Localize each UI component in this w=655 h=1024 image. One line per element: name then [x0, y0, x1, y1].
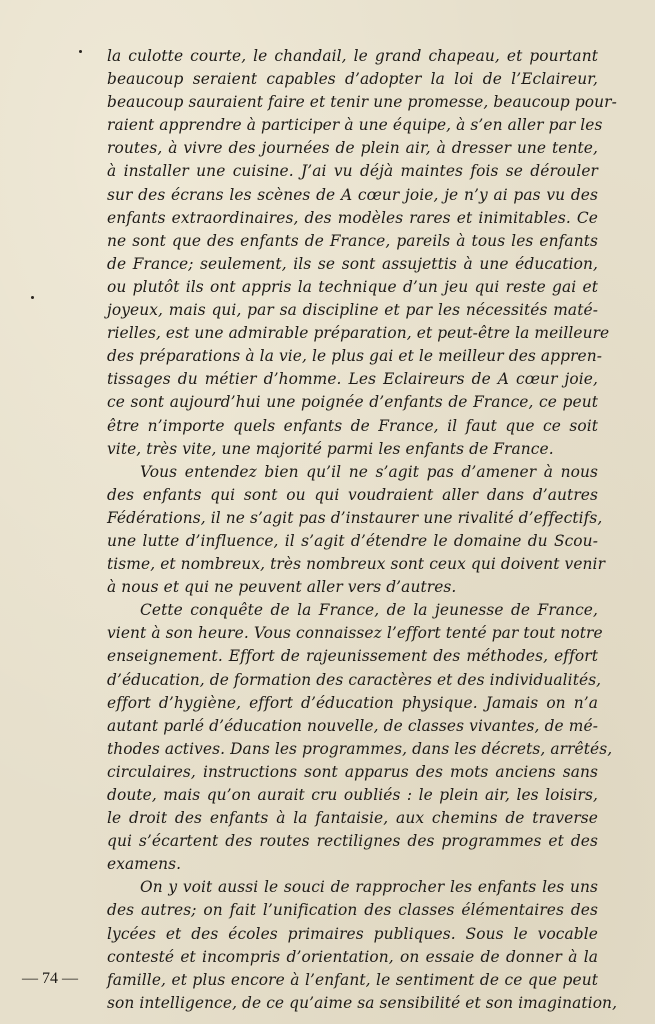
text-line: raient apprendre à participer à une équi…: [107, 114, 598, 137]
text-line: circulaires, instructions sont apparus d…: [107, 761, 598, 784]
page-number: — 74 —: [22, 967, 78, 990]
paragraph-start-line: Cette conquête de la France, de la jeune…: [107, 599, 598, 622]
text-line: autant parlé d’éducation nouvelle, de cl…: [107, 715, 598, 738]
text-line: la culotte courte, le chandail, le grand…: [107, 45, 598, 68]
paper-speck: [79, 50, 82, 53]
text-line: effort d’hygiène, effort d’éducation phy…: [107, 692, 598, 715]
text-line: vite, très vite, une majorité parmi les …: [107, 438, 598, 461]
text-line: thodes actives. Dans les programmes, dan…: [107, 738, 598, 761]
text-line: des autres; on fait l’unification des cl…: [107, 899, 598, 922]
text-line: être n’importe quels enfants de France, …: [107, 415, 598, 438]
text-line: joyeux, mais qui, par sa discipline et p…: [107, 299, 598, 322]
book-page: la culotte courte, le chandail, le grand…: [0, 0, 655, 1024]
text-line: ne sont que des enfants de France, parei…: [107, 230, 598, 253]
text-line: doute, mais qu’on aurait cru oubliés : l…: [107, 784, 598, 807]
text-line: routes, à vivre des journées de plein ai…: [107, 137, 598, 160]
text-line: sur des écrans les scènes de A cœur joie…: [107, 184, 598, 207]
text-line: tissages du métier d’homme. Les Eclaireu…: [107, 368, 598, 391]
text-line: qui s’écartent des routes rectilignes de…: [107, 830, 598, 853]
text-line: des préparations à la vie, le plus gai e…: [107, 345, 598, 368]
text-line: à installer une cuisine. J’ai vu déjà ma…: [107, 160, 598, 183]
paragraph-start-line: Vous entendez bien qu’il ne s’agit pas d…: [107, 461, 598, 484]
text-line: une lutte d’influence, il s’agit d’étend…: [107, 530, 598, 553]
text-line: lycées et des écoles primaires publiques…: [107, 923, 598, 946]
text-line: son intelligence, de ce qu’aime sa sensi…: [107, 992, 598, 1015]
body-text: la culotte courte, le chandail, le grand…: [107, 45, 598, 1015]
paragraph-start-line: On y voit aussi le souci de rapprocher l…: [107, 876, 598, 899]
text-line: examens.: [107, 853, 598, 876]
text-line: vient à son heure. Vous connaissez l’eff…: [107, 622, 598, 645]
text-line: ce sont aujourd’hui une poignée d’enfant…: [107, 391, 598, 414]
text-line: famille, et plus encore à l’enfant, le s…: [107, 969, 598, 992]
paper-speck: [31, 296, 34, 299]
text-line: des enfants qui sont ou qui voudraient a…: [107, 484, 598, 507]
text-line: le droit des enfants à la fantaisie, aux…: [107, 807, 598, 830]
text-line: beaucoup seraient capables d’adopter la …: [107, 68, 598, 91]
text-line: à nous et qui ne peuvent aller vers d’au…: [107, 576, 598, 599]
text-line: rielles, est une admirable préparation, …: [107, 322, 598, 345]
text-line: enseignement. Effort de rajeunissement d…: [107, 645, 598, 668]
text-line: ou plutôt ils ont appris la technique d’…: [107, 276, 598, 299]
text-line: de France; seulement, ils se sont assuje…: [107, 253, 598, 276]
text-line: beaucoup sauraient faire et tenir une pr…: [107, 91, 598, 114]
text-line: d’éducation, de formation des caractères…: [107, 669, 598, 692]
text-line: Fédérations, il ne s’agit pas d’instaure…: [107, 507, 598, 530]
text-line: contesté et incompris d’orientation, on …: [107, 946, 598, 969]
text-line: enfants extraordinaires, des modèles rar…: [107, 207, 598, 230]
text-line: tisme, et nombreux, très nombreux sont c…: [107, 553, 598, 576]
